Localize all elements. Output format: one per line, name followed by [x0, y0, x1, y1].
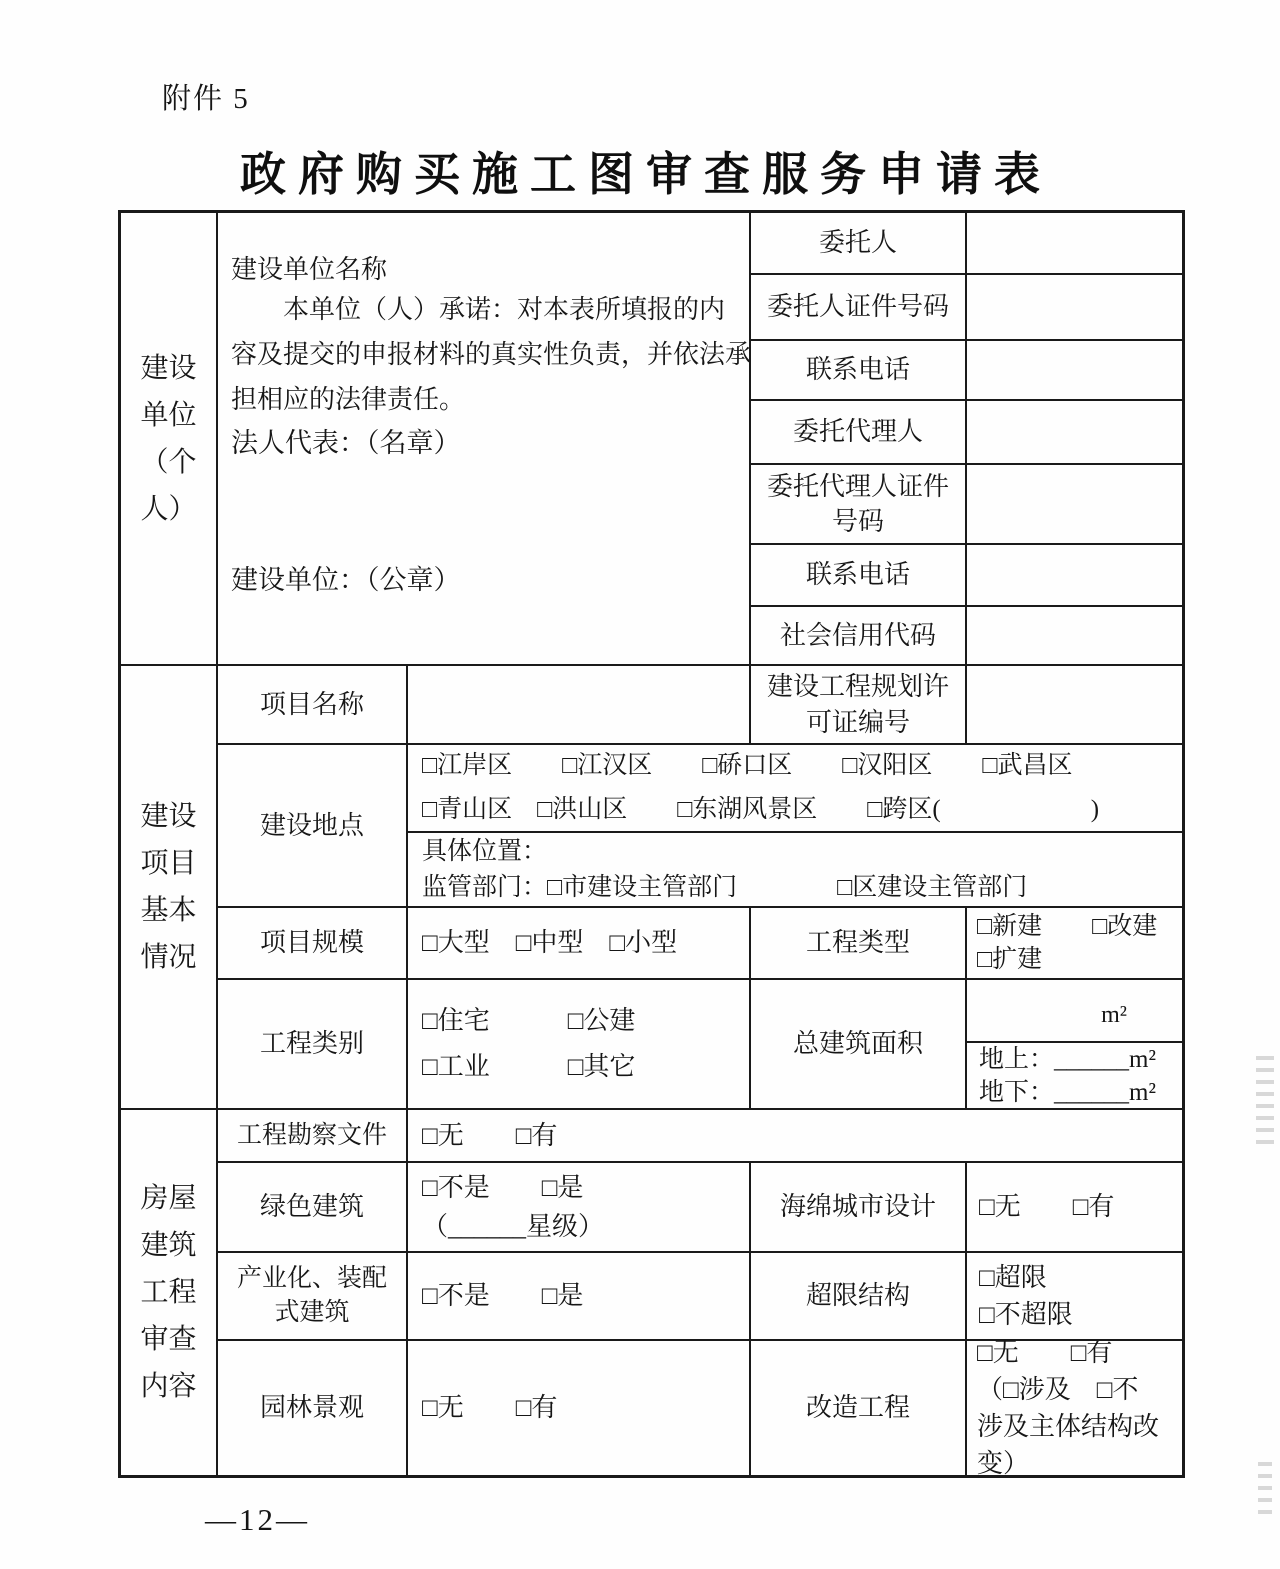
project-scale-options: □大型 □中型 □小型	[408, 908, 751, 980]
total-area-label: 总建筑面积	[751, 980, 967, 1110]
section-header-review-content: 房屋 建筑 工程 审查 内容	[121, 1110, 218, 1475]
green-building-label: 绿色建筑	[218, 1163, 408, 1253]
project-category-options: □住宅 □公建 □工业 □其它	[408, 980, 751, 1110]
value-cell-agent	[967, 401, 1182, 465]
construction-unit-statement-cell: 建设单位名称 本单位（人）承诺：对本表所填报的内 容及提交的申报材料的真实性负责…	[218, 213, 751, 666]
row-label-client: 委托人	[751, 213, 967, 275]
unit-name-label: 建设单位名称	[231, 249, 387, 286]
scan-artifact	[1256, 1056, 1274, 1148]
row-label-phone-1: 联系电话	[751, 341, 967, 401]
survey-documents-label: 工程勘察文件	[218, 1110, 408, 1163]
scanned-form-page: 附件 5 政府购买施工图审查服务申请表 建设 单位 （个 人） 建设单位名称 本…	[0, 0, 1280, 1569]
overlimit-structure-label: 超限结构	[751, 1253, 967, 1341]
overlimit-structure-options: □超限 □不超限	[967, 1253, 1182, 1341]
value-cell-phone-2	[967, 545, 1182, 607]
value-cell-credit-code	[967, 607, 1182, 666]
project-scale-label: 项目规模	[218, 908, 408, 980]
section-header-construction-unit: 建设 单位 （个 人）	[121, 213, 218, 666]
attachment-label: 附件 5	[162, 76, 250, 117]
survey-documents-options: □无 □有	[408, 1110, 1182, 1163]
value-cell-agent-id	[967, 465, 1182, 545]
row-label-agent: 委托代理人	[751, 401, 967, 465]
row-label-agent-id: 委托代理人证件 号码	[751, 465, 967, 545]
planning-permit-value	[967, 666, 1182, 745]
sponge-city-label: 海绵城市设计	[751, 1163, 967, 1253]
scan-artifact	[1258, 1462, 1272, 1520]
legal-representative-label: 法人代表：（名章）	[231, 421, 461, 460]
area-above-below-ground: 地上：______m² 地下：______m²	[967, 1043, 1182, 1110]
promise-text: 本单位（人）承诺：对本表所填报的内 容及提交的申报材料的真实性负责，并依法承 担…	[231, 287, 751, 422]
unit-seal-label: 建设单位：（公章）	[231, 558, 461, 597]
page-title: 政府购买施工图审查服务申请表	[0, 138, 1280, 204]
value-cell-client-id	[967, 275, 1182, 341]
location-label: 建设地点	[218, 745, 408, 908]
sponge-city-options: □无 □有	[967, 1163, 1182, 1253]
project-name-value	[408, 666, 751, 745]
landscape-options: □无 □有	[408, 1341, 751, 1475]
row-label-credit-code: 社会信用代码	[751, 607, 967, 666]
green-building-options: □不是 □是 （______星级）	[408, 1163, 751, 1253]
project-type-label: 工程类型	[751, 908, 967, 980]
row-label-phone-2: 联系电话	[751, 545, 967, 607]
landscape-label: 园林景观	[218, 1341, 408, 1475]
renovation-options: □无 □有 （□涉及 □不 涉及主体结构改 变）	[967, 1341, 1182, 1475]
page-number: —12—	[205, 1502, 310, 1538]
section-header-project-info: 建设 项目 基本 情况	[121, 666, 218, 1110]
location-detail-and-supervisor: 具体位置： 监管部门：□市建设主管部门 □区建设主管部门	[408, 833, 1182, 908]
planning-permit-label: 建设工程规划许 可证编号	[751, 666, 967, 745]
project-name-label: 项目名称	[218, 666, 408, 745]
renovation-label: 改造工程	[751, 1341, 967, 1475]
row-label-client-id: 委托人证件号码	[751, 275, 967, 341]
district-checkbox-group: □江岸区 □江汉区 □硚口区 □汉阳区 □武昌区 □青山区 □洪山区 □东湖风景…	[408, 745, 1182, 833]
project-type-options: □新建 □改建 □扩建	[967, 908, 1182, 980]
value-cell-client	[967, 213, 1182, 275]
prefab-building-label: 产业化、装配 式建筑	[218, 1253, 408, 1341]
total-area-value-cell: m²	[967, 980, 1182, 1043]
application-form-table: 建设 单位 （个 人） 建设单位名称 本单位（人）承诺：对本表所填报的内 容及提…	[118, 210, 1185, 1478]
prefab-building-options: □不是 □是	[408, 1253, 751, 1341]
area-unit: m²	[1101, 1002, 1127, 1029]
value-cell-phone-1	[967, 341, 1182, 401]
project-category-label: 工程类别	[218, 980, 408, 1110]
